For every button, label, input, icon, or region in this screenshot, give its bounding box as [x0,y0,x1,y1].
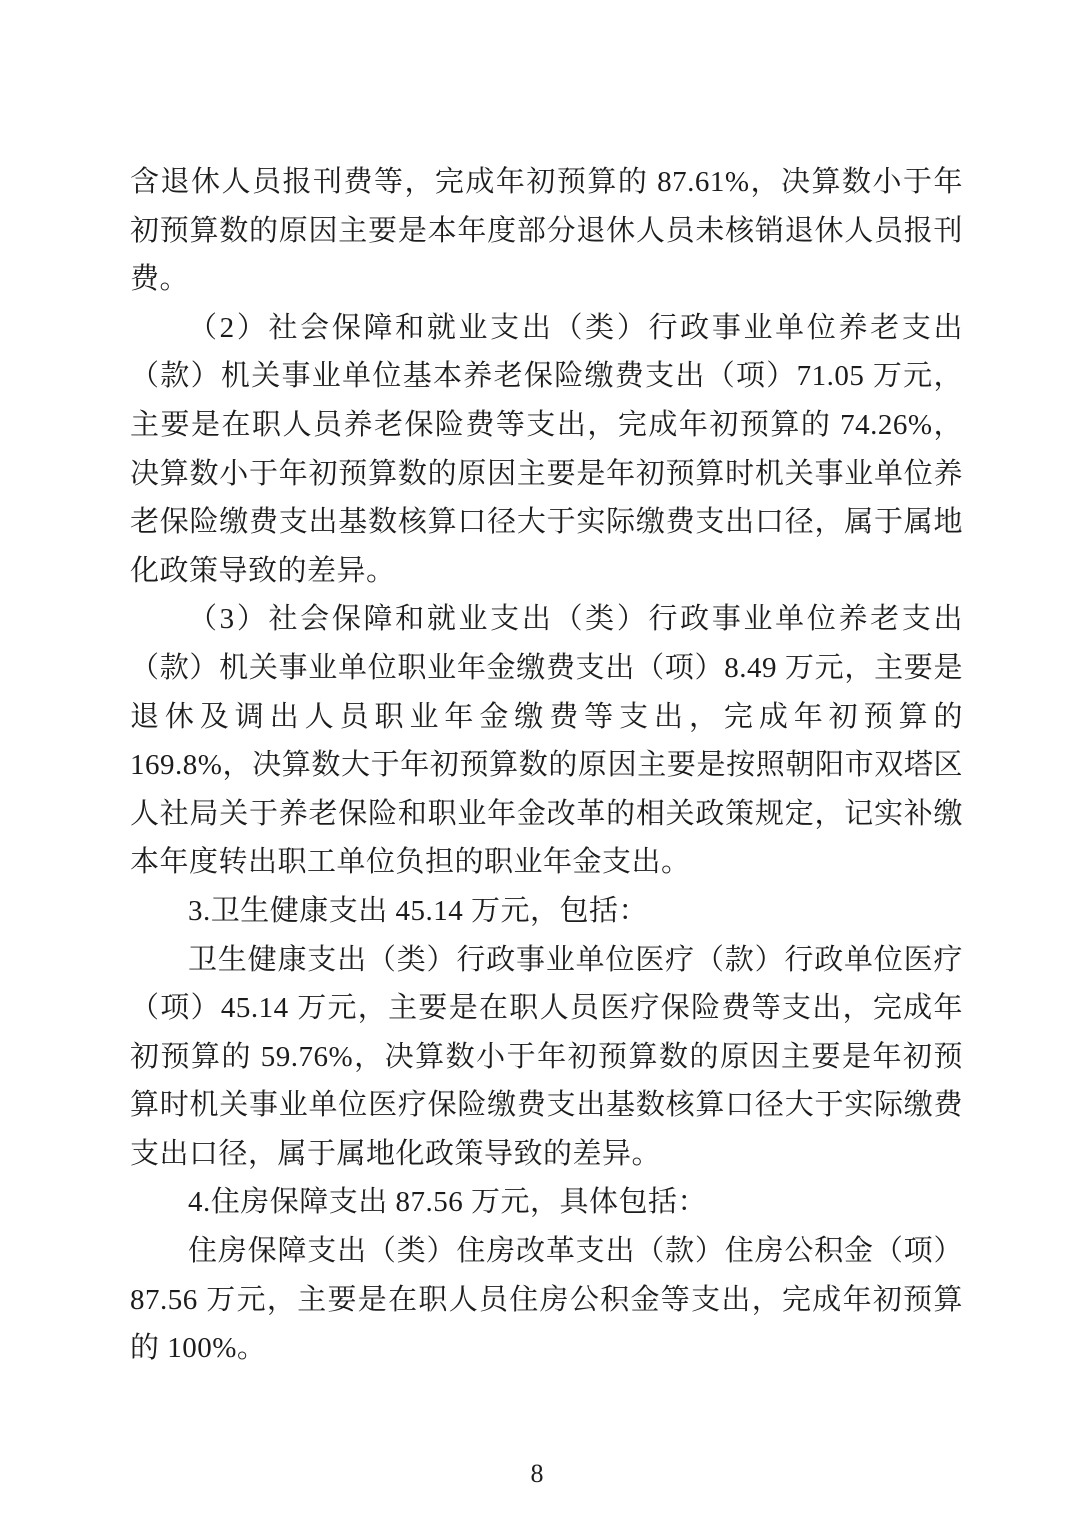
paragraph: 含退休人员报刊费等，完成年初预算的 87.61%，决算数小于年初预算数的原因主要… [130,158,963,304]
paragraph: 住房保障支出（类）住房改革支出（款）住房公积金（项）87.56 万元，主要是在职… [130,1227,963,1373]
paragraph: （3）社会保障和就业支出（类）行政事业单位养老支出（款）机关事业单位职业年金缴费… [130,595,963,887]
document-body: 含退休人员报刊费等，完成年初预算的 87.61%，决算数小于年初预算数的原因主要… [130,158,963,1373]
paragraph: 3.卫生健康支出 45.14 万元，包括： [130,887,963,936]
paragraph: （2）社会保障和就业支出（类）行政事业单位养老支出（款）机关事业单位基本养老保险… [130,304,963,596]
paragraph: 卫生健康支出（类）行政事业单位医疗（款）行政单位医疗（项）45.14 万元，主要… [130,936,963,1179]
paragraph: 4.住房保障支出 87.56 万元，具体包括： [130,1178,963,1227]
page-footer: 8 [0,1458,1074,1490]
page-number: 8 [531,1459,544,1488]
document-page: 含退休人员报刊费等，完成年初预算的 87.61%，决算数小于年初预算数的原因主要… [0,0,1074,1520]
